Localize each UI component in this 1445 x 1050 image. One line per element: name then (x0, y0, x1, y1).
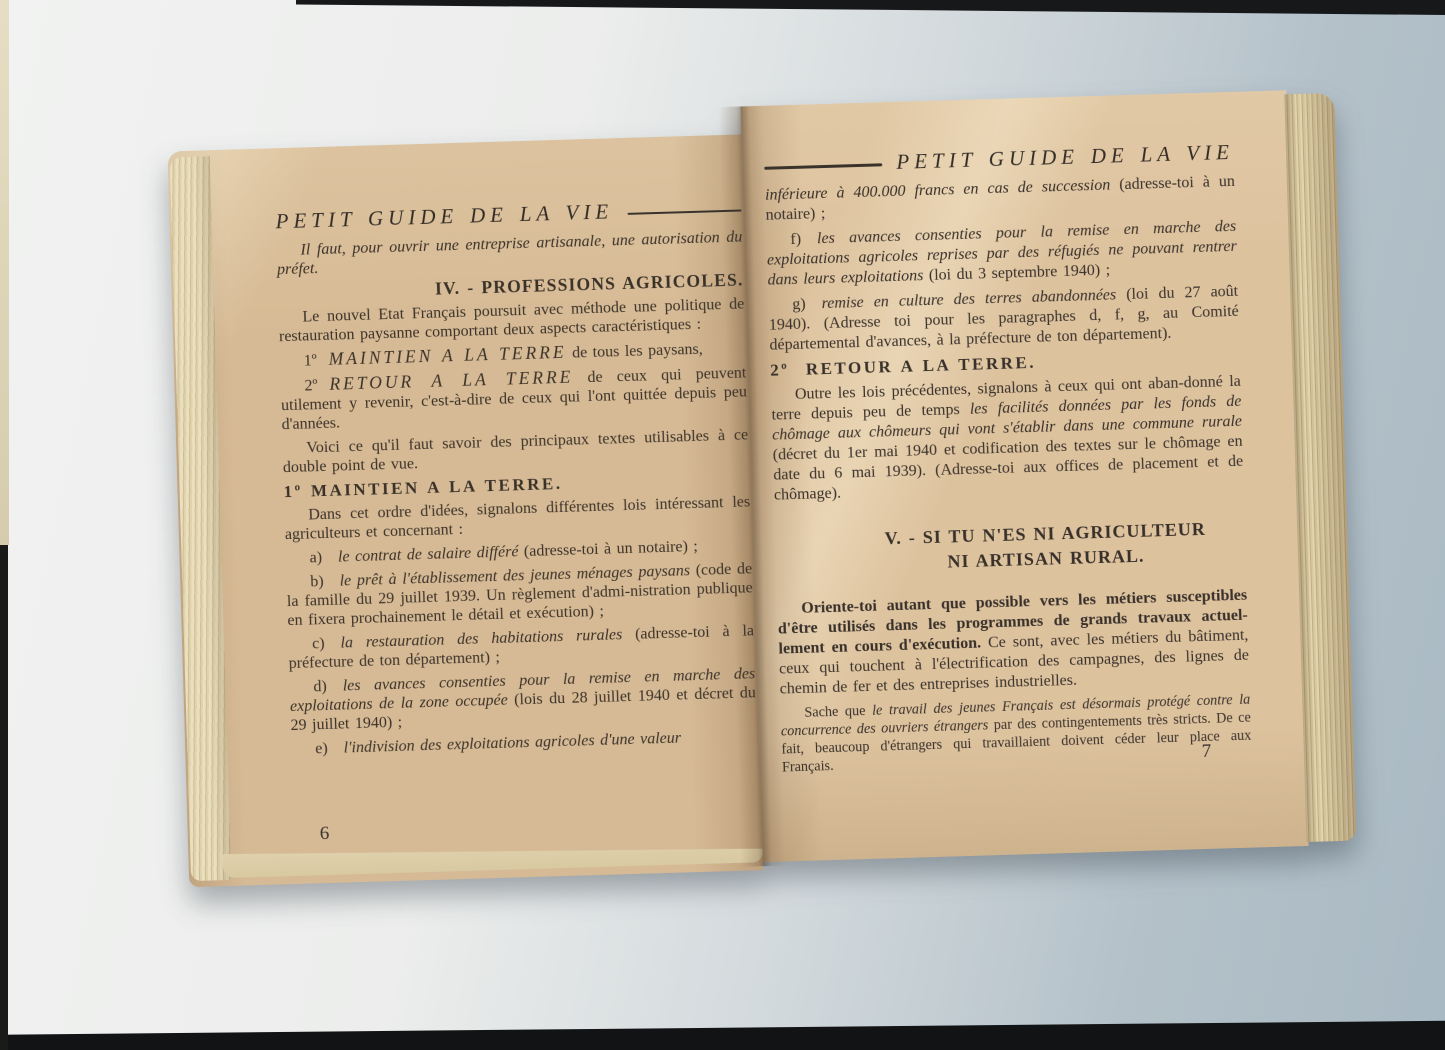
carryover-italic: inférieure à 400.000 francs en cas de su… (765, 177, 1111, 204)
law-item-g: g)remise en culture des terres abandonné… (768, 282, 1240, 356)
paragraph-oriente: Oriente-toi autant que possible vers les… (777, 586, 1250, 700)
page-number-6: 6 (319, 823, 329, 845)
point-1-title: MAINTIEN A LA TERRE (328, 342, 566, 369)
paragraph-outre: Outre les lois précédentes, signalons à … (771, 372, 1244, 506)
paragraph-intro-etat: Le nouvel Etat Français poursuit avec mé… (278, 294, 745, 346)
header-rule (764, 164, 882, 170)
paragraph-dans: Dans cet ordre d'idées, signalons différ… (284, 492, 751, 544)
law-item-a-note: (adresse-toi à un notaire) ; (524, 538, 698, 560)
scanner-frame-top (296, 0, 1445, 15)
law-item-d: d)les avances consenties pour la remise … (289, 664, 756, 735)
right-page-text-column: PETIT GUIDE DE LA VIE inférieure à 400.0… (764, 142, 1252, 782)
paragraph-voici: Voici ce qu'il faut savoir des principau… (282, 425, 749, 477)
sache-roman-1: Sache que (804, 703, 865, 721)
left-page-text-column: PETIT GUIDE DE LA VIE Il faut, pour ouvr… (275, 198, 757, 764)
law-item-c-label: c) (312, 635, 325, 652)
section-heading-v: V. - SI TU N'ES NI AGRICULTEUR NI ARTISA… (845, 516, 1246, 578)
scanner-edge-left-bottom (0, 545, 8, 1050)
law-item-f-note: (loi du 3 septembre 1940) ; (929, 262, 1111, 284)
carryover-paragraph: inférieure à 400.000 francs en cas de su… (765, 172, 1236, 226)
law-item-d-label: d) (313, 678, 327, 695)
law-item-a-label: a) (309, 549, 322, 566)
law-item-c-law: la restauration des habitations rurales (340, 626, 622, 651)
outre-roman-2: (décret du 1er mai 1940 et codification … (773, 433, 1244, 504)
oriente-roman: Ce sont, avec les métiers du bâtiment, c… (779, 627, 1249, 698)
law-item-c: c)la restauration des habitations rurale… (288, 621, 755, 673)
law-item-e-law: l'indivision des exploitations agricoles… (343, 730, 681, 757)
law-item-b: b)le prêt à l'établissement des jeunes m… (286, 559, 753, 630)
point-2-number: 2º (304, 377, 317, 394)
law-item-a-law: le contrat de salaire différé (338, 543, 519, 565)
page-number-7: 7 (1201, 741, 1211, 763)
point-1-rest: de tous les paysans, (572, 341, 703, 362)
law-item-e-label: e) (315, 740, 328, 757)
scanner-frame-bottom (0, 1016, 1445, 1050)
scanned-book-photo: PETIT GUIDE DE LA VIE Il faut, pour ouvr… (0, 0, 1445, 1050)
point-1-number: 1º (304, 352, 317, 369)
header-rule (627, 209, 741, 215)
retour-number: 2º (770, 360, 790, 380)
scanner-edge-left-top (0, 0, 9, 545)
law-item-g-label: g) (792, 296, 806, 313)
law-item-f-label: f) (790, 231, 801, 248)
law-item-f: f)les avances consenties pour la remise … (766, 217, 1238, 291)
sache-roman-2: par des contingentements très stricts. D… (781, 710, 1251, 776)
open-book: PETIT GUIDE DE LA VIE Il faut, pour ouvr… (167, 89, 1358, 905)
point-2: 2ºRETOUR A LA TERRE de ceux qui peuvent … (280, 362, 748, 434)
law-item-b-label: b) (310, 573, 324, 590)
paragraph-sache: Sache que le travail des jeunes Français… (780, 691, 1252, 777)
retour-title: RETOUR A LA TERRE. (806, 353, 1037, 379)
